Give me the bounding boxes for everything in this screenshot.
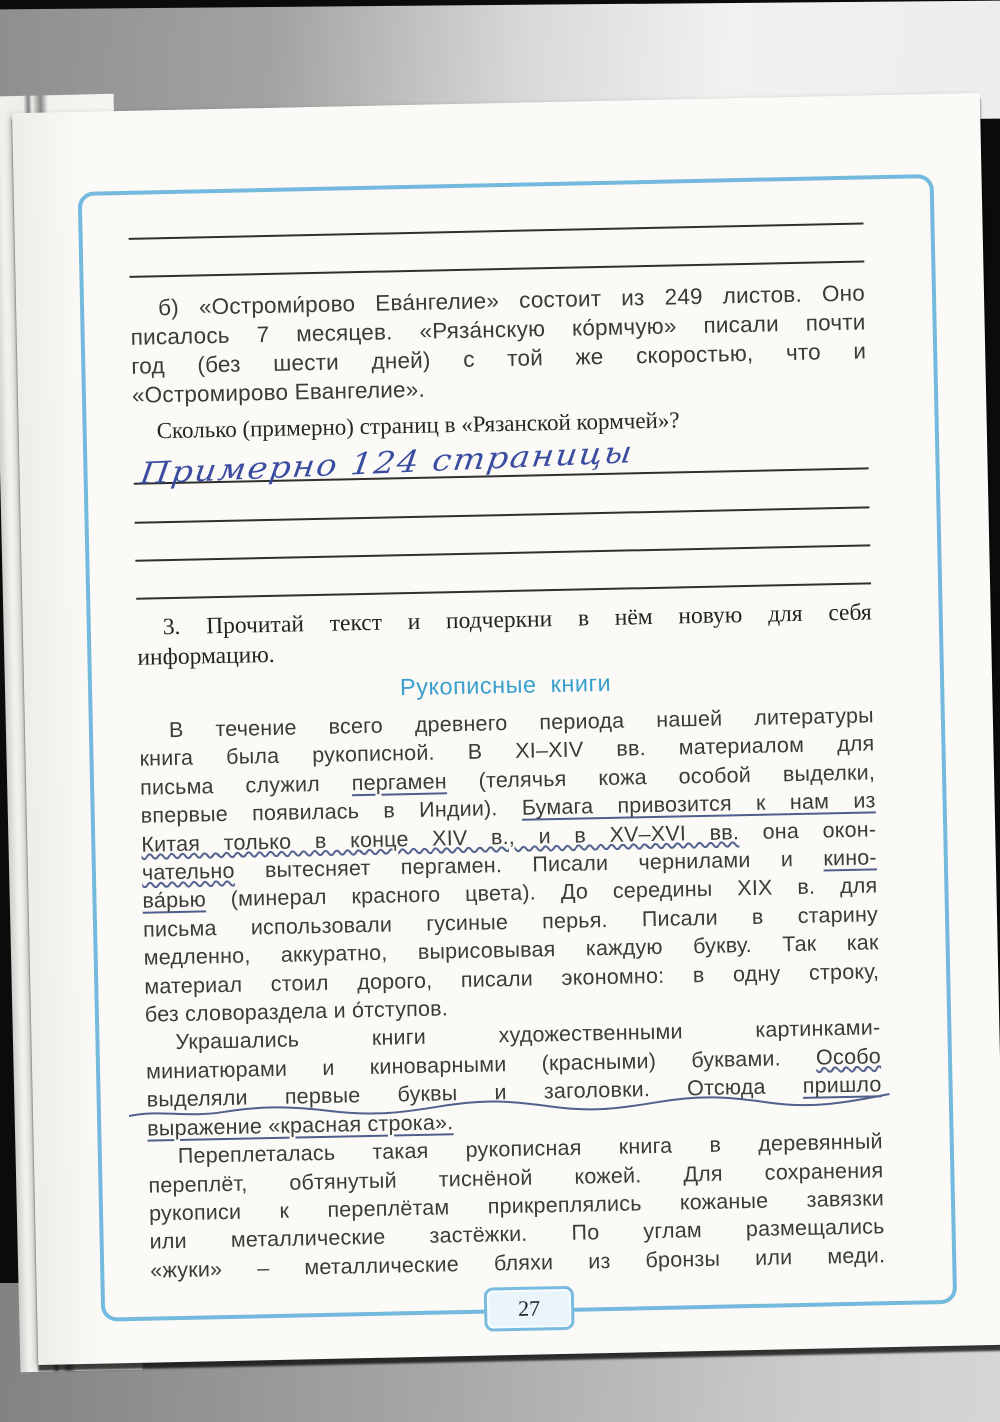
page-content: б) «Остроми́рово Ева́нгелие» состоит из … — [128, 179, 886, 1284]
pen-underline: чательно — [142, 859, 235, 885]
reading-text: В течение всего древнего периода нашей л… — [139, 701, 886, 1284]
ruled-line — [129, 222, 864, 239]
page-number-box: 27 — [484, 1286, 575, 1332]
scanned-workbook-page: б) «Остроми́рово Ева́нгелие» состоит из … — [0, 0, 1000, 1422]
page-border-frame: б) «Остроми́рово Ева́нгелие» состоит из … — [78, 174, 957, 1322]
pen-underline: кино- — [823, 845, 877, 870]
pen-underline: Особо — [816, 1044, 881, 1069]
workbook-page: б) «Остроми́рово Ева́нгелие» состоит из … — [12, 93, 1000, 1365]
page-number: 27 — [518, 1295, 541, 1321]
ruled-line — [135, 544, 870, 561]
exercise-b-paragraph: б) «Остроми́рово Ева́нгелие» состоит из … — [130, 278, 867, 409]
pen-underline: ва́рью — [142, 888, 206, 913]
pen-underline: пергамен — [351, 769, 447, 795]
task-3-instruction: 3. Прочитай текст и подчеркни в нём нову… — [136, 597, 872, 672]
ruled-line — [135, 506, 870, 523]
ruled-line — [129, 260, 864, 277]
pen-underline: выражение «красная строка». — [131, 1110, 454, 1141]
pen-underline: пришло — [802, 1073, 881, 1099]
ruled-line — [136, 582, 871, 599]
